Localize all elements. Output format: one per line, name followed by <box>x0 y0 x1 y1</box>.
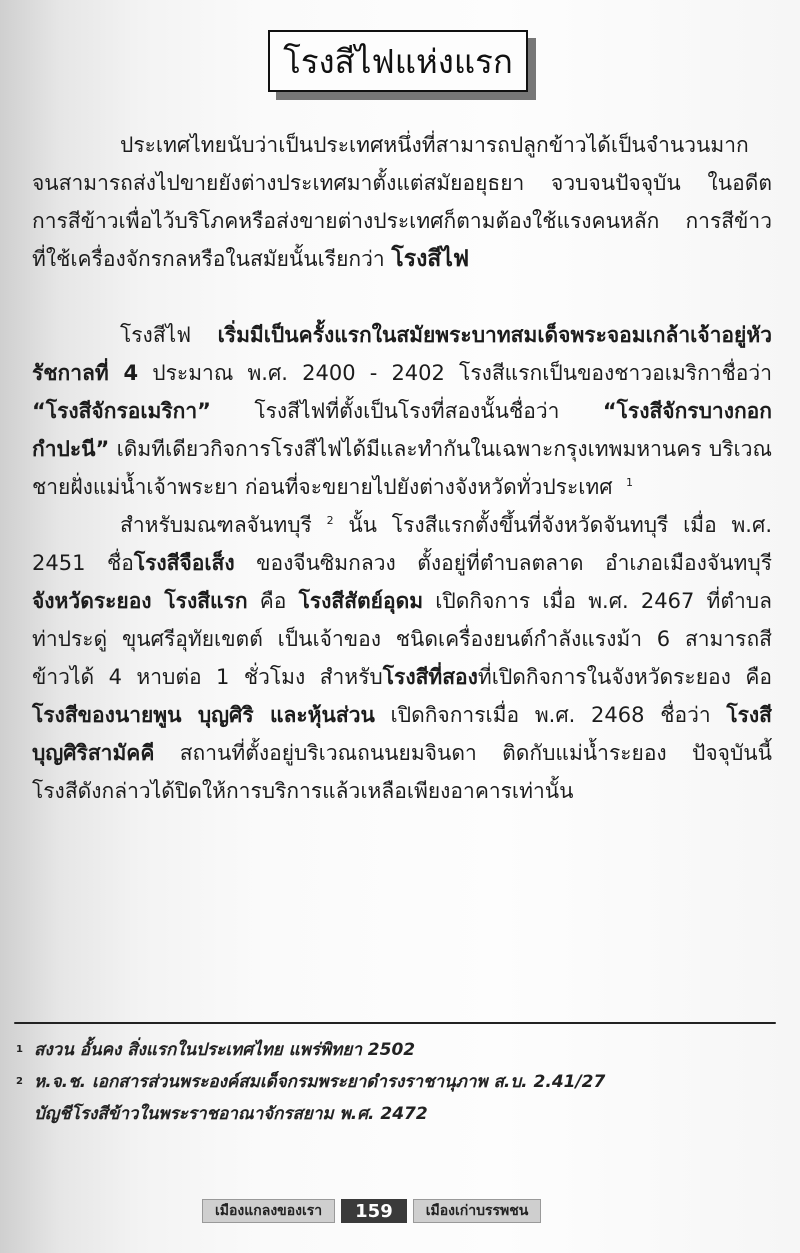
footnote-divider <box>14 1022 776 1024</box>
text-line: สำหรับมณฑลจันทบุรี 2 นั้น โรงสีแรกตั้งขึ… <box>32 506 772 544</box>
bold-term: กำปะนี” <box>32 437 109 461</box>
paragraph-1: ประเทศไทยนับว่าเป็นประเทศหนึ่งที่สามารถป… <box>32 126 772 278</box>
text-line: ประเทศไทยนับว่าเป็นประเทศหนึ่งที่สามารถป… <box>32 126 772 164</box>
text-line: โรงสีของนายพูน บุญศิริ และหุ้นส่วน เปิดก… <box>32 696 772 734</box>
bold-term: เริ่มมีเป็นครั้งแรกในสมัยพระบาทสมเด็จพระ… <box>218 323 772 347</box>
paragraph-3: สำหรับมณฑลจันทบุรี 2 นั้น โรงสีแรกตั้งขึ… <box>32 506 772 810</box>
text-line: โรงสีดังกล่าวได้ปิดให้การบริการแล้วเหลือ… <box>32 772 772 810</box>
bold-term: “โรงสีจักรบางกอก <box>603 399 772 423</box>
footnote-text: บัญชีโรงสีข้าวในพระราชอาณาจักรสยาม พ.ศ. … <box>34 1104 428 1124</box>
page-number: 159 <box>341 1199 407 1223</box>
page-title: โรงสีไฟแห่งแรก <box>283 35 513 88</box>
text-line: รัชกาลที่ 4 ประมาณ พ.ศ. 2400 - 2402 โรงส… <box>32 354 772 392</box>
text-span: นั้น โรงสีแรกตั้งขึ้นที่จังหวัดจันทบุรี … <box>334 513 772 537</box>
text-span: ข้าวได้ 4 หาบต่อ 1 ชั่วโมง สำหรับ <box>32 665 383 689</box>
text-line: บุญศิริสามัคคี สถานที่ตั้งอยู่บริเวณถนนย… <box>32 734 772 772</box>
footnote-number: 2 <box>16 1066 34 1098</box>
footnote-2-continued: บัญชีโรงสีข้าวในพระราชอาณาจักรสยาม พ.ศ. … <box>16 1098 776 1130</box>
footer-book-title: เมืองแกลงของเรา <box>202 1199 335 1223</box>
text-line: ข้าวได้ 4 หาบต่อ 1 ชั่วโมง สำหรับโรงสีที… <box>32 658 772 696</box>
text-line: จังหวัดระยอง โรงสีแรก คือ โรงสีสัตย์อุดม… <box>32 582 772 620</box>
footnotes: 1สงวน อั้นคง สิ่งแรกในประเทศไทย แพร่พิทย… <box>16 1034 776 1130</box>
text-span: โรงสีไฟ <box>120 323 218 347</box>
text-span: ประมาณ พ.ศ. 2400 - 2402 โรงสีแรกเป็นของช… <box>138 361 772 385</box>
text-span: 2451 ชื่อ <box>32 551 134 575</box>
text-span: เปิดกิจการเมื่อ พ.ศ. 2468 ชื่อว่า <box>375 703 727 727</box>
text-line: โรงสีไฟ เริ่มมีเป็นครั้งแรกในสมัยพระบาทส… <box>32 316 772 354</box>
text-span: คือ <box>248 589 299 613</box>
bold-term: โรงสี <box>726 703 772 727</box>
bold-term: โรงสีของนายพูน บุญศิริ และหุ้นส่วน <box>32 703 375 727</box>
text-line: การสีข้าวเพื่อไว้บริโภคหรือส่งขายต่างประ… <box>32 202 772 240</box>
text-span: สำหรับมณฑลจันทบุรี <box>120 513 327 537</box>
bold-term: โรงสีจือเส็ง <box>134 551 235 575</box>
text-line: ชายฝั่งแม่น้ำเจ้าพระยา ก่อนที่จะขยายไปยั… <box>32 468 772 506</box>
footnote-text: สงวน อั้นคง สิ่งแรกในประเทศไทย แพร่พิทยา… <box>34 1040 415 1060</box>
footnote-ref: 2 <box>327 514 334 527</box>
bold-term: โรงสีไฟ <box>391 246 469 272</box>
bold-term: โรงสีที่สอง <box>383 665 478 689</box>
text-line: ท่าประดู่ ขุนศรีอุทัยเขตต์ เป็นเจ้าของ ช… <box>32 620 772 658</box>
bold-term: รัชกาลที่ 4 <box>32 361 138 385</box>
text-line: “โรงสีจักรอเมริกา” โรงสีไฟที่ตั้งเป็นโรง… <box>32 392 772 430</box>
footer-section-title: เมืองเก่าบรรพชน <box>413 1199 542 1223</box>
text-span: เปิดกิจการ เมื่อ พ.ศ. 2467 ที่ตำบล <box>423 589 772 613</box>
page-footer: เมืองแกลงของเรา 159 เมืองเก่าบรรพชน <box>202 1199 541 1223</box>
text-span: ที่เปิดกิจการในจังหวัดระยอง คือ <box>478 665 772 689</box>
footnote-text: ห.จ.ช. เอกสารส่วนพระองค์สมเด็จกรมพระยาดำ… <box>34 1072 605 1092</box>
text-line: กำปะนี” เดิมทีเดียวกิจการโรงสีไฟได้มีและ… <box>32 430 772 468</box>
text-span: ของจีนซิมกลวง ตั้งอยู่ที่ตำบลตลาด อำเภอเ… <box>235 551 772 575</box>
footnote-ref: 1 <box>626 476 633 489</box>
bold-term: จังหวัดระยอง โรงสีแรก <box>32 589 248 613</box>
text-span: ชายฝั่งแม่น้ำเจ้าพระยา ก่อนที่จะขยายไปยั… <box>32 475 613 499</box>
text-line: จนสามารถส่งไปขายยังต่างประเทศมาตั้งแต่สม… <box>32 164 772 202</box>
page-title-box: โรงสีไฟแห่งแรก <box>268 30 528 92</box>
footnote-1: 1สงวน อั้นคง สิ่งแรกในประเทศไทย แพร่พิทย… <box>16 1034 776 1066</box>
bold-term: โรงสีสัตย์อุดม <box>299 589 423 613</box>
footnote-number: 1 <box>16 1034 34 1066</box>
text-span: สถานที่ตั้งอยู่บริเวณถนนยมจินดา ติดกับแม… <box>154 741 772 765</box>
text-line: 2451 ชื่อโรงสีจือเส็ง ของจีนซิมกลวง ตั้ง… <box>32 544 772 582</box>
text-span: ที่ใช้เครื่องจักรกลหรือในสมัยนั้นเรียกว่… <box>32 247 391 271</box>
bold-term: “โรงสีจักรอเมริกา” <box>32 399 211 423</box>
text-span: โรงสีไฟที่ตั้งเป็นโรงที่สองนั้นชื่อว่า <box>211 399 603 423</box>
bold-term: บุญศิริสามัคคี <box>32 741 154 765</box>
paragraph-2: โรงสีไฟ เริ่มมีเป็นครั้งแรกในสมัยพระบาทส… <box>32 316 772 506</box>
text-line: ที่ใช้เครื่องจักรกลหรือในสมัยนั้นเรียกว่… <box>32 240 772 278</box>
footnote-2: 2ห.จ.ช. เอกสารส่วนพระองค์สมเด็จกรมพระยาด… <box>16 1066 776 1098</box>
text-span: เดิมทีเดียวกิจการโรงสีไฟได้มีและทำกันในเ… <box>109 437 772 461</box>
